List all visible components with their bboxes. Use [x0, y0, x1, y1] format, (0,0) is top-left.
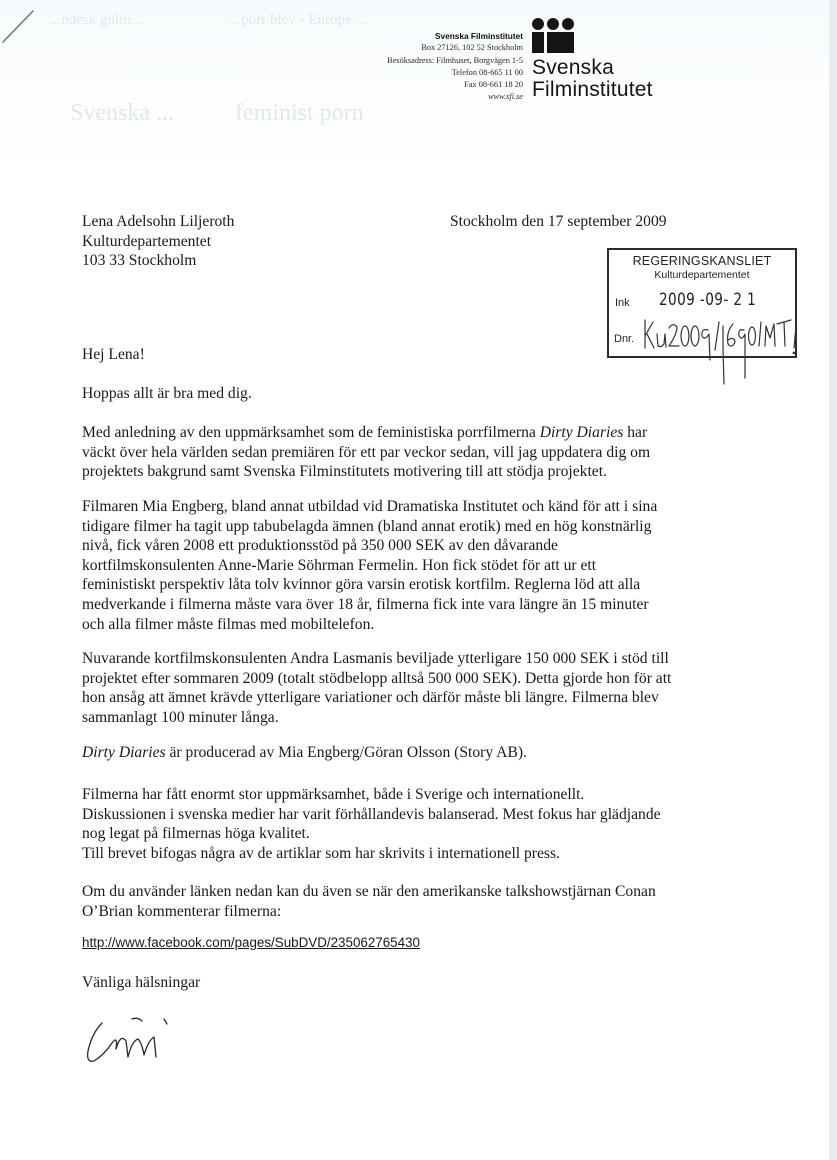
letterhead-fax: Fax 08-661 18 20	[387, 79, 523, 91]
paragraph-line: nog legat på filmernas höga kvalitet.	[82, 824, 782, 844]
signature-icon	[86, 1005, 206, 1075]
logo-bars-icon	[532, 32, 653, 53]
paragraph-line: Nuvarande kortfilmskonsulenten Andra Las…	[82, 649, 782, 669]
bleed-through-text: ...ndesk gulin...	[50, 12, 142, 29]
closing: Vänliga hälsningar	[82, 973, 200, 993]
film-title: Dirty Diaries	[82, 744, 166, 761]
scan-edge	[829, 0, 837, 1160]
paragraph-line: sammanlagt 100 minuter långa.	[82, 708, 782, 728]
bleed-through-text: ...porr blev - Europe ...	[230, 12, 367, 29]
opening-line: Hoppas allt är bra med dig.	[82, 384, 252, 404]
text-span: har	[623, 424, 647, 441]
paragraph-line: Filmerna har fått enormt stor uppmärksam…	[82, 785, 782, 805]
recipient-department: Kulturdepartementet	[82, 232, 234, 252]
paragraph-line: medverkande i filmerna måste vara över 1…	[82, 595, 782, 615]
paragraph-3: Nuvarande kortfilmskonsulenten Andra Las…	[82, 649, 782, 727]
paragraph-line: Filmaren Mia Engberg, bland annat utbild…	[82, 497, 782, 517]
paragraph-line: kortfilmskonsulenten Anne-Marie Söhrman …	[82, 556, 782, 576]
text-span: är producerad av Mia Engberg/Göran Olsso…	[166, 744, 527, 761]
pen-stroke-mark	[0, 0, 40, 45]
paragraph-line: Om du använder länken nedan kan du även …	[82, 882, 782, 902]
greeting: Hej Lena!	[82, 345, 145, 365]
paragraph-line: projektet efter sommaren 2009 (totalt st…	[82, 669, 782, 689]
facebook-link[interactable]: http://www.facebook.com/pages/SubDVD/235…	[82, 935, 420, 950]
logo-wordmark-line: Filminstitutet	[532, 79, 653, 101]
paragraph-line: Dirty Diaries är producerad av Mia Engbe…	[82, 743, 782, 763]
recipient-name: Lena Adelsohn Liljeroth	[82, 212, 234, 232]
letterhead-address: Svenska Filminstitutet Box 27126, 102 52…	[387, 30, 523, 104]
film-title: Dirty Diaries	[540, 424, 624, 441]
sfi-logo: Svenska Filminstitutet	[532, 18, 653, 101]
letterhead-org-name: Svenska Filminstitutet	[387, 30, 523, 42]
paragraph-6: Om du använder länken nedan kan du även …	[82, 882, 782, 921]
recipient-postal: 103 33 Stockholm	[82, 251, 234, 271]
paragraph-line: O’Brian kommenterar filmerna:	[82, 902, 782, 922]
logo-wordmark: Svenska Filminstitutet	[532, 57, 653, 101]
paragraph-line: Till brevet bifogas några av de artiklar…	[82, 844, 782, 864]
paragraph-line: feministiskt perspektiv låta tolv kvinno…	[82, 575, 782, 595]
date-line: Stockholm den 17 september 2009	[450, 212, 667, 232]
paragraph-2: Filmaren Mia Engberg, bland annat utbild…	[82, 497, 782, 634]
registry-stamp: REGERINGSKANSLIET Kulturdepartementet In…	[607, 248, 797, 358]
letterhead-visiting-address: Besöksadress: Filmhuset, Borgvägen 1-5	[387, 55, 523, 67]
letterhead-phone: Telefon 08-665 11 00	[387, 67, 523, 79]
letterhead-box: Box 27126, 102 52 Stockholm	[387, 42, 523, 54]
recipient-address: Lena Adelsohn Liljeroth Kulturdepartemen…	[82, 212, 234, 271]
logo-wordmark-line: Svenska	[532, 57, 653, 79]
paragraph-4: Dirty Diaries är producerad av Mia Engbe…	[82, 743, 782, 763]
paragraph-line: Diskussionen i svenska medier har varit …	[82, 805, 782, 825]
paragraph-line: projektets bakgrund samt Svenska Filmins…	[82, 462, 782, 482]
paragraph-line: hon ansåg att ämnet krävde ytterligare v…	[82, 688, 782, 708]
paragraph-1: Med anledning av den uppmärksamhet som d…	[82, 423, 782, 482]
letter-page: ...ndesk gulin... ...porr blev - Europe …	[0, 0, 837, 1160]
bleed-through-text: feminist porn	[235, 100, 364, 127]
paragraph-line: tidigare filmer ha tagit upp tabubelagda…	[82, 517, 782, 537]
paragraph-line: och alla filmer måste filmas med mobilte…	[82, 615, 782, 635]
logo-dots-icon	[532, 18, 653, 30]
text-span: Med anledning av den uppmärksamhet som d…	[82, 424, 540, 441]
paragraph-5: Filmerna har fått enormt stor uppmärksam…	[82, 785, 782, 863]
paragraph-line: Med anledning av den uppmärksamhet som d…	[82, 423, 782, 443]
letterhead-website: www.sfi.se	[387, 91, 523, 103]
paragraph-line: väckt över hela världen sedan premiären …	[82, 443, 782, 463]
stamp-dnr-handwriting	[609, 250, 795, 390]
paragraph-line: nivå, fick våren 2008 ett produktionsstö…	[82, 536, 782, 556]
bleed-through-text: Svenska ...	[70, 100, 174, 127]
